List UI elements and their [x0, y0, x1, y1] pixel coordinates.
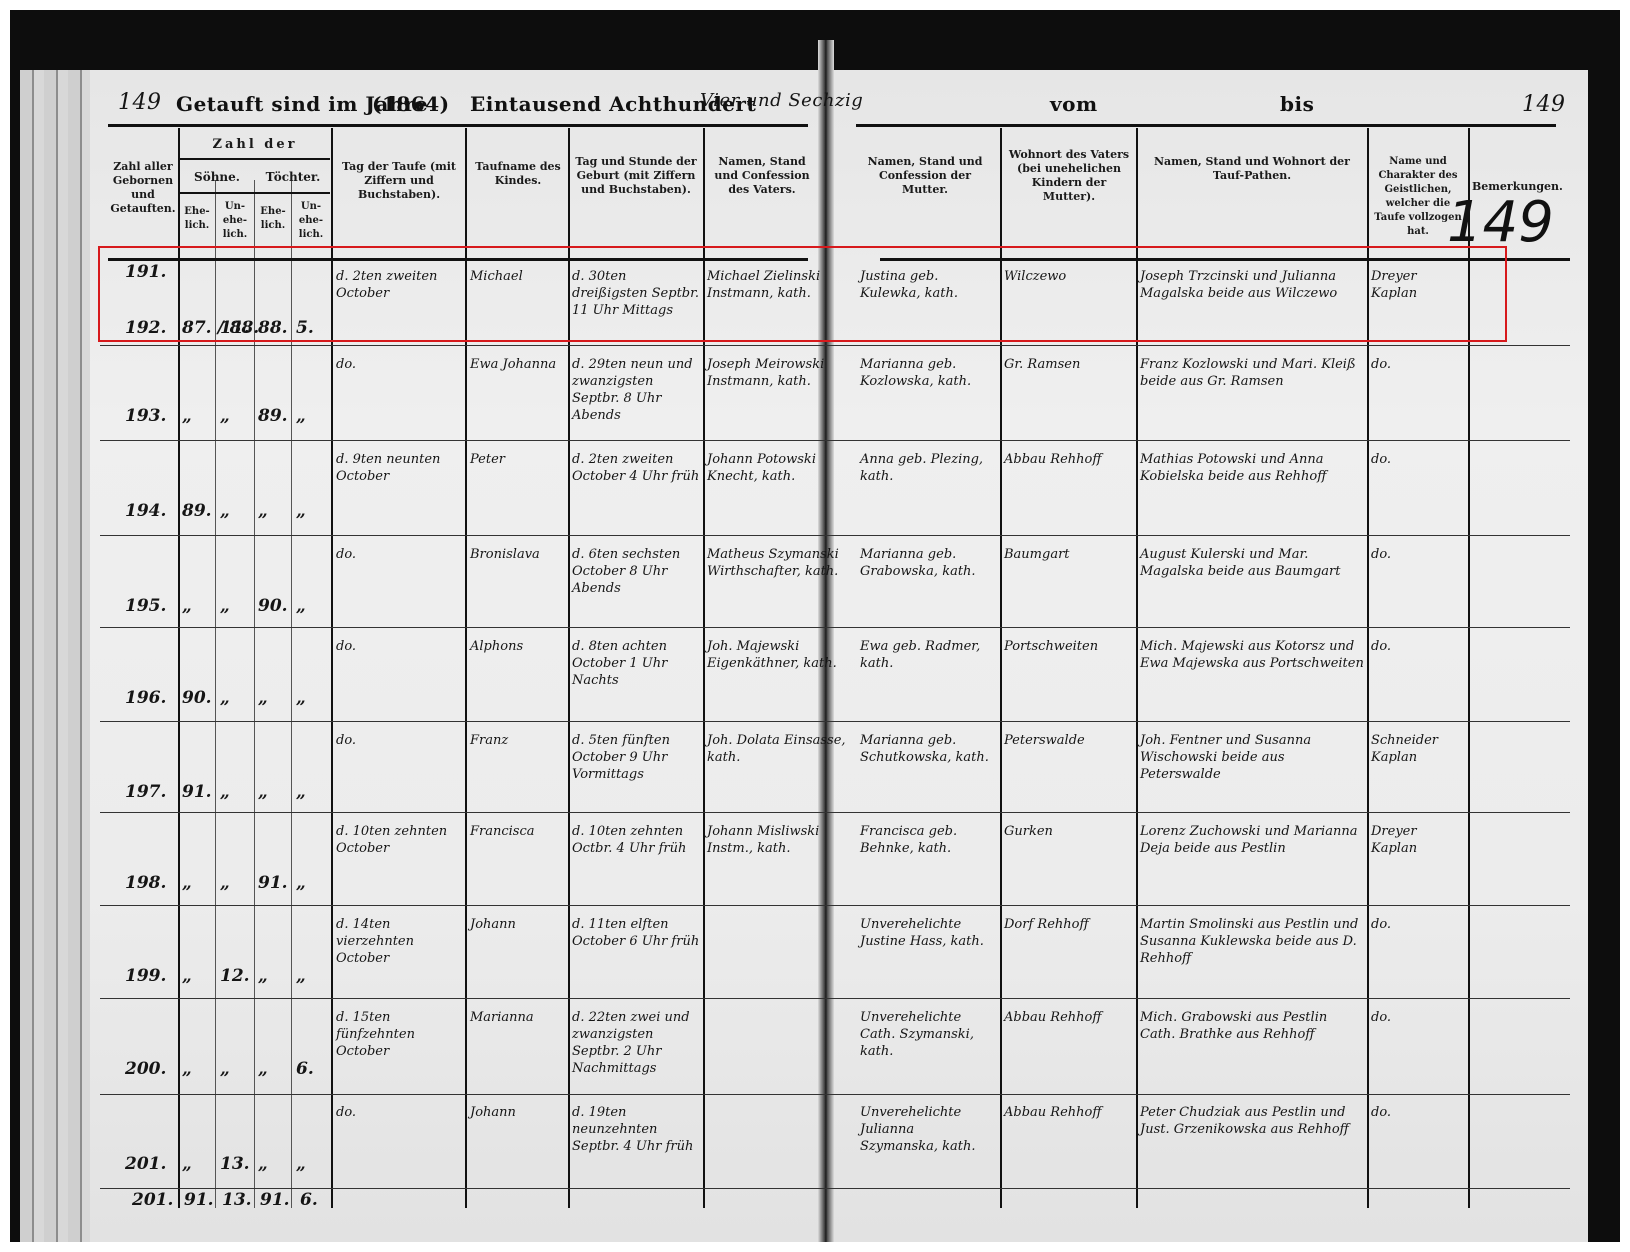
page-number-right: 149	[1522, 92, 1566, 117]
godparents: Franz Kozlowski und Mari. Kleiß beide au…	[1140, 356, 1364, 390]
sons-illegitimate: „	[220, 503, 230, 520]
birth-date: d. 2ten zweiten October 4 Uhr früh	[572, 451, 700, 485]
child-name: Peter	[470, 451, 564, 468]
birth-date: d. 19ten neunzehnten Septbr. 4 Uhr früh	[572, 1104, 700, 1155]
mother-details: Marianna geb. Grabowska, kath.	[860, 546, 996, 580]
header-daughters: Töchter.	[256, 170, 330, 184]
header-child-name: Taufname des Kindes.	[470, 160, 566, 188]
total-daughters-illegit: 6.	[300, 1192, 318, 1209]
daughters-illegitimate: „	[296, 408, 306, 425]
mother-details: Unverehelichte Justine Hass, kath.	[860, 916, 996, 950]
residence: Portschweiten	[1004, 638, 1134, 655]
father-details: Johann Misliwski Instm., kath.	[707, 823, 857, 857]
godparents: Joh. Fentner und Susanna Wischowski beid…	[1140, 732, 1364, 783]
mother-details: Unverehelichte Julianna Szymanska, kath.	[860, 1104, 996, 1155]
father-details: Joseph Meirowski Instmann, kath.	[707, 356, 857, 390]
row-number: 198.	[125, 875, 166, 892]
birth-date: d. 6ten sechsten October 8 Uhr Abends	[572, 546, 700, 597]
previous-pages-edges	[20, 70, 100, 1242]
row-number: 196.	[125, 690, 166, 707]
row-rule	[100, 440, 1570, 441]
clergy: Dreyer Kaplan	[1371, 823, 1465, 857]
title-rule-right	[856, 124, 1556, 127]
godparents: Mathias Potowski und Anna Kobielska beid…	[1140, 451, 1364, 485]
header-daughters-illegit: Un-ehe-lich.	[292, 200, 330, 242]
row-rule	[100, 905, 1570, 906]
sons-legitimate: „	[182, 1061, 192, 1078]
daughters-illegitimate: 6.	[296, 1061, 314, 1078]
title-year: (1864)	[372, 92, 450, 116]
birth-date: d. 29ten neun und zwanzigsten Septbr. 8 …	[572, 356, 700, 424]
row-number: 201.	[125, 1156, 166, 1173]
daughters-legitimate: „	[258, 1061, 268, 1078]
header-rule	[180, 192, 330, 194]
child-name: Johann	[470, 916, 564, 933]
father-details: Joh. Dolata Einsasse, kath.	[707, 732, 857, 766]
child-name: Franz	[470, 732, 564, 749]
daughters-legitimate: 90.	[258, 598, 288, 615]
header-total: Zahl aller Gebornen und Getauften.	[110, 160, 176, 216]
sons-legitimate: „	[182, 875, 192, 892]
daughters-illegitimate: „	[296, 875, 306, 892]
mother-details: Marianna geb. Schutkowska, kath.	[860, 732, 996, 766]
row-rule	[100, 535, 1570, 536]
daughters-legitimate: 89.	[258, 408, 288, 425]
sons-illegitimate: „	[220, 690, 230, 707]
mother-details: Ewa geb. Radmer, kath.	[860, 638, 996, 672]
godparents: Mich. Majewski aus Kotorsz und Ewa Majew…	[1140, 638, 1364, 672]
clergy: do.	[1371, 916, 1465, 933]
daughters-illegitimate: „	[296, 968, 306, 985]
baptism-date: do.	[336, 732, 462, 749]
header-residence: Wohnort des Vaters (bei unehelichen Kind…	[1004, 148, 1134, 204]
daughters-legitimate: „	[258, 690, 268, 707]
godparents: Lorenz Zuchowski und Marianna Deja beide…	[1140, 823, 1364, 857]
daughters-legitimate: „	[258, 1156, 268, 1173]
header-birth: Tag und Stunde der Geburt (mit Ziffern u…	[572, 155, 700, 197]
header-daughters-legit: Ehe-lich.	[256, 205, 290, 233]
godparents: August Kulerski und Mar. Magalska beide …	[1140, 546, 1364, 580]
sons-illegitimate: „	[220, 875, 230, 892]
total-sons-legit: 91.	[184, 1192, 214, 1209]
baptism-date: d. 15ten fünfzehnten October	[336, 1009, 462, 1060]
clergy: do.	[1371, 546, 1465, 563]
daughters-illegitimate: „	[296, 1156, 306, 1173]
total-daughters-legit: 91.	[260, 1192, 290, 1209]
total-sons-illegit: 13.	[222, 1192, 252, 1209]
sons-illegitimate: „	[220, 1061, 230, 1078]
birth-date: d. 11ten elften October 6 Uhr früh	[572, 916, 700, 950]
sons-illegitimate: 12.	[220, 968, 250, 985]
daughters-illegitimate: „	[296, 503, 306, 520]
title-handwritten-year: Vier und Sechzig	[700, 90, 863, 111]
baptism-date: d. 10ten zehnten October	[336, 823, 462, 857]
godparents: Mich. Grabowski aus Pestlin Cath. Brathk…	[1140, 1009, 1364, 1043]
header-baptism-day: Tag der Taufe (mit Ziffern und Buchstabe…	[336, 160, 462, 202]
row-rule	[100, 812, 1570, 813]
sons-illegitimate: 13.	[220, 1156, 250, 1173]
baptism-date: do.	[336, 638, 462, 655]
baptism-date: do.	[336, 546, 462, 563]
clergy: do.	[1371, 1104, 1465, 1121]
child-name: Johann	[470, 1104, 564, 1121]
page-number-left: 149	[118, 90, 162, 115]
row-number: 199.	[125, 968, 166, 985]
row-rule	[100, 1094, 1570, 1095]
row-number: 193.	[125, 408, 166, 425]
header-sons: Söhne.	[180, 170, 254, 184]
mother-details: Francisca geb. Behnke, kath.	[860, 823, 996, 857]
clergy: do.	[1371, 1009, 1465, 1026]
residence: Abbau Rehhoff	[1004, 451, 1134, 468]
clergy: do.	[1371, 638, 1465, 655]
sons-legitimate: „	[182, 1156, 192, 1173]
residence: Gr. Ramsen	[1004, 356, 1134, 373]
row-rule	[100, 627, 1570, 628]
child-name: Alphons	[470, 638, 564, 655]
daughters-legitimate: „	[258, 784, 268, 801]
residence: Abbau Rehhoff	[1004, 1009, 1134, 1026]
father-details: Johann Potowski Knecht, kath.	[707, 451, 857, 485]
father-details: Matheus Szymanski Wirthschafter, kath.	[707, 546, 857, 580]
daughters-illegitimate: „	[296, 598, 306, 615]
header-sons-illegit: Un-ehe-lich.	[216, 200, 254, 242]
birth-date: d. 22ten zwei und zwanzigsten Septbr. 2 …	[572, 1009, 700, 1077]
header-father: Namen, Stand und Confession des Vaters.	[707, 155, 817, 197]
residence: Gurken	[1004, 823, 1134, 840]
header-mother: Namen, Stand und Confession der Mutter.	[860, 155, 990, 197]
row-number: 197.	[125, 784, 166, 801]
mother-details: Marianna geb. Kozlowska, kath.	[860, 356, 996, 390]
title-from-label: vom	[1050, 92, 1098, 116]
row-rule	[100, 345, 1570, 346]
mother-details: Unverehelichte Cath. Szymanski, kath.	[860, 1009, 996, 1060]
header-godparents: Namen, Stand und Wohnort der Tauf-Pathen…	[1140, 155, 1364, 183]
sons-illegitimate: „	[220, 784, 230, 801]
daughters-legitimate: „	[258, 503, 268, 520]
row-number: 194.	[125, 503, 166, 520]
clergy: Schneider Kaplan	[1371, 732, 1465, 766]
title-rule-left	[108, 124, 808, 127]
daughters-legitimate: 91.	[258, 875, 288, 892]
header-rule	[180, 158, 330, 160]
row-number: 200.	[125, 1061, 166, 1078]
sons-legitimate: 91.	[182, 784, 212, 801]
total-nr: 201.	[132, 1192, 173, 1209]
child-name: Bronislava	[470, 546, 564, 563]
sons-legitimate: „	[182, 598, 192, 615]
birth-date: d. 10ten zehnten Octbr. 4 Uhr früh	[572, 823, 700, 857]
daughters-illegitimate: „	[296, 690, 306, 707]
clergy: do.	[1371, 356, 1465, 373]
daughters-legitimate: „	[258, 968, 268, 985]
baptism-date: d. 14ten vierzehnten October	[336, 916, 462, 967]
child-name: Marianna	[470, 1009, 564, 1026]
father-details: Joh. Majewski Eigenkäthner, kath.	[707, 638, 857, 672]
residence: Peterswalde	[1004, 732, 1134, 749]
baptism-date: do.	[336, 356, 462, 373]
title-to-label: bis	[1280, 92, 1314, 116]
clergy: do.	[1371, 451, 1465, 468]
birth-date: d. 8ten achten October 1 Uhr Nachts	[572, 638, 700, 689]
baptism-date: do.	[336, 1104, 462, 1121]
sons-legitimate: 89.	[182, 503, 212, 520]
residence: Baumgart	[1004, 546, 1134, 563]
residence: Abbau Rehhoff	[1004, 1104, 1134, 1121]
birth-date: d. 5ten fünften October 9 Uhr Vormittags	[572, 732, 700, 783]
sons-illegitimate: „	[220, 598, 230, 615]
residence: Dorf Rehhoff	[1004, 916, 1134, 933]
highlighted-entry-box	[98, 246, 1507, 342]
header-sons-legit: Ehe-lich.	[180, 205, 214, 233]
child-name: Ewa Johanna	[470, 356, 564, 373]
row-rule	[100, 998, 1570, 999]
child-name: Francisca	[470, 823, 564, 840]
sons-illegitimate: „	[220, 408, 230, 425]
daughters-illegitimate: „	[296, 784, 306, 801]
sons-legitimate: 90.	[182, 690, 212, 707]
row-rule	[100, 1188, 1570, 1189]
godparents: Peter Chudziak aus Pestlin und Just. Grz…	[1140, 1104, 1364, 1138]
godparents: Martin Smolinski aus Pestlin und Susanna…	[1140, 916, 1364, 967]
sons-legitimate: „	[182, 968, 192, 985]
mother-details: Anna geb. Plezing, kath.	[860, 451, 996, 485]
baptism-date: d. 9ten neunten October	[336, 451, 462, 485]
row-rule	[100, 721, 1570, 722]
row-number: 195.	[125, 598, 166, 615]
sons-legitimate: „	[182, 408, 192, 425]
header-count-group: Zahl der	[180, 138, 330, 152]
